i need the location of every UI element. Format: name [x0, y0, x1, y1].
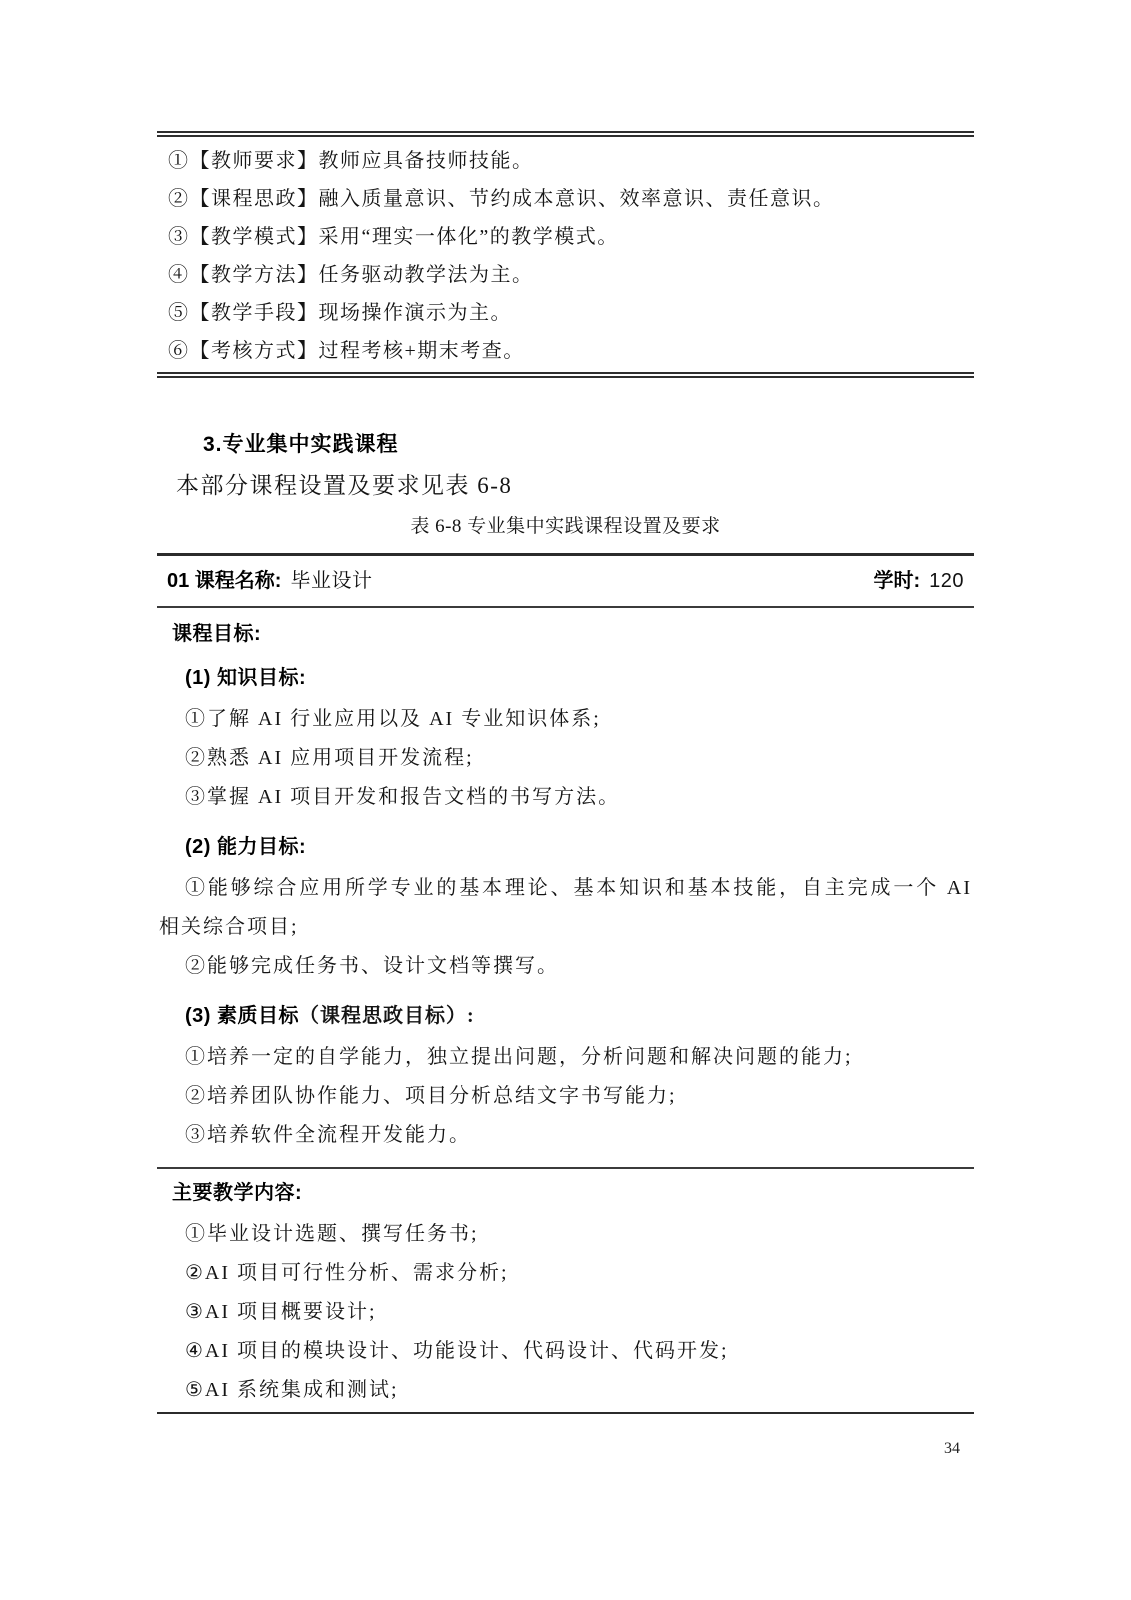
- group-title-main: (1) 知识目标:: [185, 667, 306, 689]
- group-title-main: (2) 能力目标:: [185, 836, 306, 858]
- course-name-label: 01 课程名称:: [167, 570, 281, 592]
- objectives-title: 课程目标:: [172, 620, 972, 648]
- page-number: 34: [930, 1440, 974, 1458]
- objective-item: ①了解 AI 行业应用以及 AI 专业知识体系;: [159, 700, 972, 739]
- course-hours-value: 120: [929, 570, 964, 592]
- objective-item: ③培养软件全流程开发能力。: [159, 1116, 972, 1155]
- course-note-item: ②【课程思政】融入质量意识、节约成本意识、效率意识、责任意识。: [157, 180, 974, 218]
- course-hours-label: 学时:: [873, 570, 920, 592]
- teaching-item: ⑤AI 系统集成和测试;: [159, 1371, 972, 1410]
- course-teaching-content-row: 主要教学内容: ①毕业设计选题、撰写任务书; ②AI 项目可行性分析、需求分析;…: [157, 1169, 974, 1412]
- course-name-value: 毕业设计: [290, 570, 372, 592]
- teaching-item: ③AI 项目概要设计;: [159, 1293, 972, 1332]
- section-heading: 3.专业集中实践课程: [203, 430, 974, 460]
- teaching-content-items: ①毕业设计选题、撰写任务书; ②AI 项目可行性分析、需求分析; ③AI 项目概…: [159, 1215, 972, 1410]
- objective-item: ②熟悉 AI 应用项目开发流程;: [159, 739, 972, 778]
- page-content: ①【教师要求】教师应具备技师技能。 ②【课程思政】融入质量意识、节约成本意识、效…: [157, 0, 974, 1414]
- teaching-content-title: 主要教学内容:: [172, 1179, 972, 1207]
- objective-item: ③掌握 AI 项目开发和报告文档的书写方法。: [159, 778, 972, 817]
- document-page: ①【教师要求】教师应具备技师技能。 ②【课程思政】融入质量意识、节约成本意识、效…: [0, 0, 1131, 1600]
- course-note-item: ⑤【教学手段】现场操作演示为主。: [157, 294, 974, 332]
- objective-item: ①能够综合应用所学专业的基本理论、基本知识和基本技能，自主完成一个 AI 相关综…: [159, 869, 972, 947]
- ability-objectives-title: (2) 能力目标:: [185, 833, 972, 861]
- teaching-item: ②AI 项目可行性分析、需求分析;: [159, 1254, 972, 1293]
- table-caption: 表 6-8 专业集中实践课程设置及要求: [157, 514, 974, 540]
- knowledge-objectives-title: (1) 知识目标:: [185, 664, 972, 692]
- course-note-item: ③【教学模式】采用“理实一体化”的教学模式。: [157, 218, 974, 256]
- teaching-item: ④AI 项目的模块设计、功能设计、代码设计、代码开发;: [159, 1332, 972, 1371]
- objective-item: ①培养一定的自学能力，独立提出问题，分析问题和解决问题的能力;: [159, 1038, 972, 1077]
- course-header-row: 01 课程名称:毕业设计 学时:120: [157, 556, 974, 608]
- course-table: 01 课程名称:毕业设计 学时:120 课程目标: (1) 知识目标: ①了解 …: [157, 553, 974, 1414]
- objective-item: ②培养团队协作能力、项目分析总结文字书写能力;: [159, 1077, 972, 1116]
- course-note-item: ①【教师要求】教师应具备技师技能。: [157, 142, 974, 180]
- previous-course-table-fragment: ①【教师要求】教师应具备技师技能。 ②【课程思政】融入质量意识、节约成本意识、效…: [157, 131, 974, 378]
- group-title-note: （课程思政目标）:: [299, 1005, 475, 1027]
- course-note-item: ④【教学方法】任务驱动教学法为主。: [157, 256, 974, 294]
- group-title-main: (3) 素质目标: [185, 1005, 299, 1027]
- section-intro: 本部分课程设置及要求见表 6-8: [176, 470, 974, 502]
- teaching-item: ①毕业设计选题、撰写任务书;: [159, 1215, 972, 1254]
- course-objectives-row: 课程目标: (1) 知识目标: ①了解 AI 行业应用以及 AI 专业知识体系;…: [157, 608, 974, 1169]
- objective-item: ②能够完成任务书、设计文档等撰写。: [159, 947, 972, 986]
- course-note-item: ⑥【考核方式】过程考核+期末考查。: [157, 332, 974, 370]
- course-hours-cell: 学时:120: [873, 568, 964, 594]
- course-name-cell: 01 课程名称:毕业设计: [167, 568, 372, 594]
- quality-objectives-title: (3) 素质目标（课程思政目标）:: [185, 1002, 972, 1030]
